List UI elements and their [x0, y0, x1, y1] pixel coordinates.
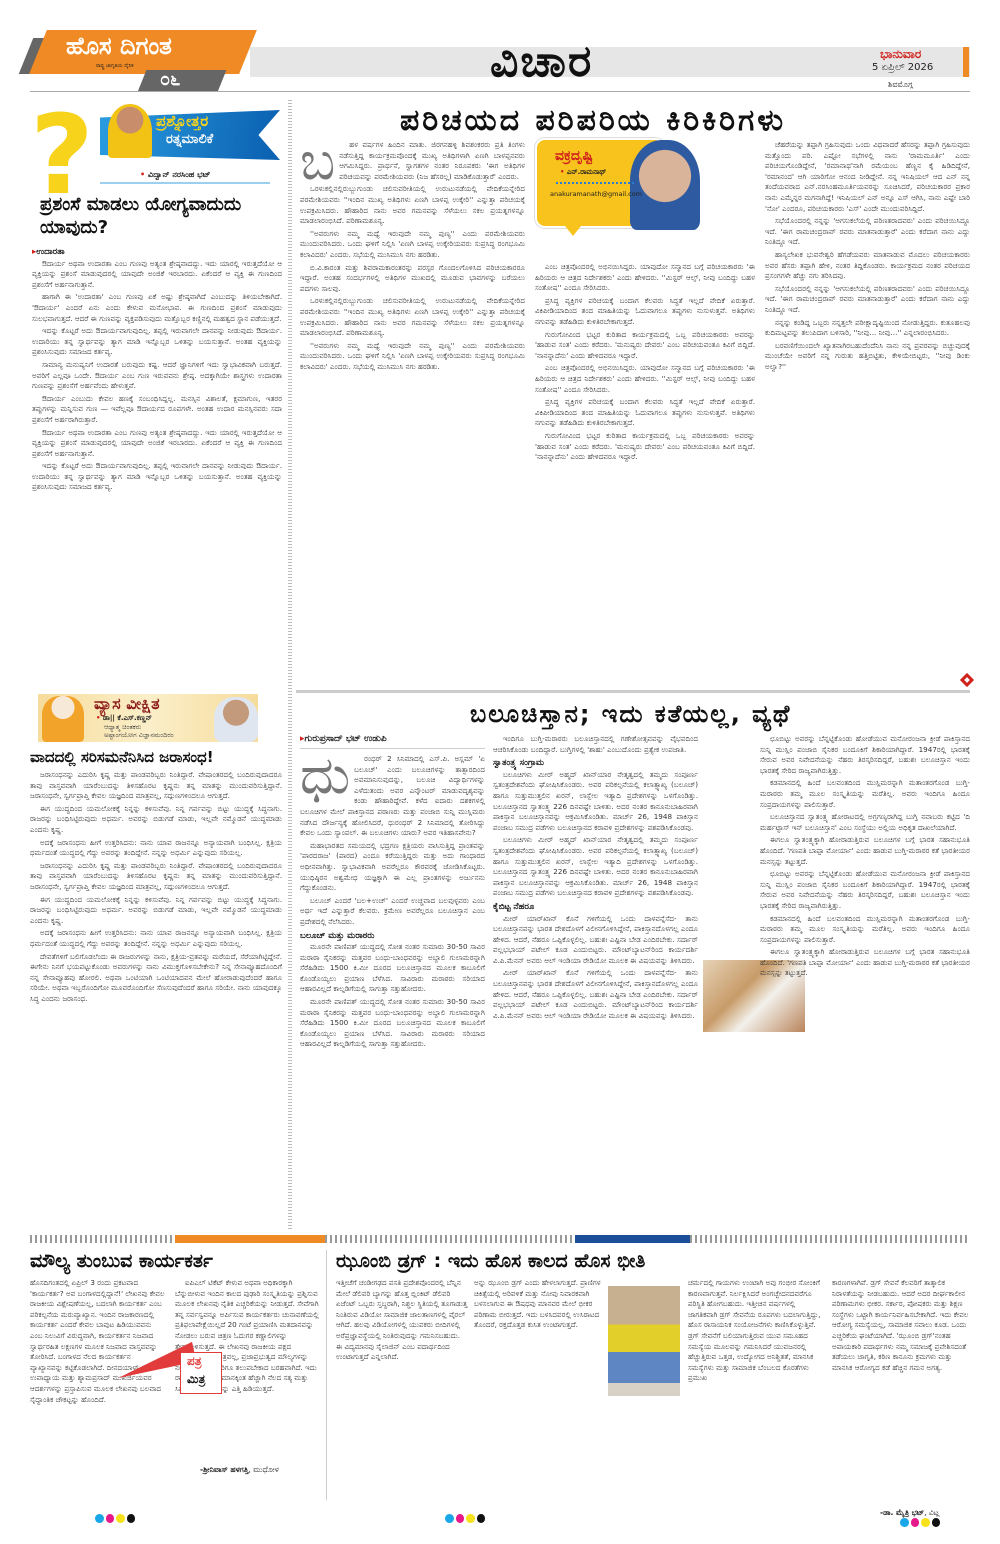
paragraph: ಇಂದಿಗೂ ಬುಗ್ತಿ-ಮರಾಠರು ಬಲೂಚಿಸ್ತಾನದಲ್ಲಿ ಗಣೇ…: [493, 734, 698, 755]
vyasa-author-role: ಆಧ್ಯಾತ್ಮ ಚಿಂತಕರುಅಷ್ಟಾಂಗಯೋಗ ವಿಜ್ಞಾನಮಂದಿರಂ: [104, 723, 174, 739]
column-divider: [288, 100, 292, 1230]
paragraph: ಈಗ ಯುದ್ಧದಿಂದ ಯಮಲೋಕಕ್ಕೆ ನಿನ್ನನ್ನು ಕಳಿಸುವೆ…: [30, 895, 282, 927]
letter2-col-4: ಕಾರಣಗಳಾಗಿವೆ. ಡ್ರಗ್ ಸೇವನೆ ಕೆಲವರಿಗೆ ತಾತ್ಕಾ…: [832, 1278, 972, 1478]
qa-byline: • ವಿದ್ವಾನ್ ನರಸಿಂಹ ಭಟ್: [140, 170, 210, 180]
subheading: ಸ್ವಾತಂತ್ರ್ಯ ಸಂಗ್ರಾಮ: [493, 758, 698, 769]
yellow-dot-icon: [466, 1514, 475, 1523]
vyasa-body: ಜರಾಸಂಧನನ್ನು ಎದುರಿಸಿ ಕೃಷ್ಣ ಮತ್ತು ಪಾಂಡವರಿಬ…: [30, 770, 282, 1228]
paragraph: ಎಂಬ ಚಿತ್ರವೊಂದರಲ್ಲಿ ಅಭಿನಯಿಸಿದ್ದರು. ಯಾವುದೋ…: [535, 363, 755, 395]
drop-cap: ಧು: [300, 754, 350, 798]
masthead-accent: [963, 47, 969, 77]
black-dot-icon: [477, 1514, 486, 1523]
paragraph: ಪ್ರಸಿದ್ಧ ವ್ಯಕ್ತಿಗಳ ಪರಿಚಯಕ್ಕೆ ಬಂದಾಗ ಕೆಲವರ…: [535, 296, 755, 328]
paragraph: ಎಂಬ ಚಿತ್ರವೊಂದರಲ್ಲಿ ಅಭಿನಯಿಸಿದ್ದರು. ಯಾವುದೋ…: [535, 262, 755, 294]
paragraph: ಕಡಮಾನದಲ್ಲಿ ಹಿಂದೆ ಬಲವಂತದಿಂದ ಮುಸ್ಲಿಮರನ್ನಾಗ…: [760, 914, 970, 946]
letter-signature: -ಶ್ರೀನಿವಾಸ್ ಹಳಗತ್ತಿ, ಮುಧೋಳ: [200, 1465, 279, 1475]
newspaper-logo[interactable]: ಹೊಸ ದಿಗಂತ: [66, 32, 172, 60]
balochistan-col-3: ಛೂಬಿಟ್ಟು ಅವರನ್ನು ಬೆನ್ನಟ್ಟಿಕೊಂಡು ಹೋಡೆಯುವ …: [760, 734, 970, 1230]
columnist-photo: [630, 140, 700, 230]
paragraph: ಮಹಾಭಾರತದ ಸಮಯದಲ್ಲಿ ಭದ್ರಗಣ ಕ್ಷತ್ರಿಯರು ವಾಸಿ…: [300, 841, 485, 894]
paragraph: ಹಾಗಾಗಿ ಈ 'ಉದಾರತಾ' ಎಂಬ ಗುಣವು ಏಕೆ ಅಷ್ಟು ಶ್…: [32, 292, 282, 324]
paragraph: ದೇವತೆಗಳಿಗೆ ಬಲಿಗೊಡಲೆಂದು ಈ ರಾಜರುಗಳನ್ನು ನಾನ…: [30, 952, 282, 1005]
paragraph: ಬಿ.ವಿ.ಕಾರಂತ ಮತ್ತು ಶಿವರಾಮಕಾರಂತರನ್ನು ಪರಸ್ಪ…: [300, 263, 525, 295]
strip-accent-blue: [575, 1235, 690, 1243]
paragraph: ಛೂಬಿಟ್ಟು ಅವರನ್ನು ಬೆನ್ನಟ್ಟಿಕೊಂಡು ಹೋಡೆಯುವ …: [760, 734, 970, 776]
main-byline: • ಎನ್.ರಾಮನಾಥ್: [560, 168, 606, 177]
paragraph: ಈಗ ಯುದ್ಧದಿಂದ ಯಮಲೋಕಕ್ಕೆ ನಿನ್ನನ್ನು ಕಳಿಸುವೆ…: [30, 804, 282, 836]
paragraph: ಜರಾಸಂಧನನ್ನು ಎದುರಿಸಿ ಕೃಷ್ಣ ಮತ್ತು ಪಾಂಡವರಿಬ…: [30, 861, 282, 893]
badge-text-1: ಪತ್ರ: [187, 1354, 202, 1369]
paragraph: ಹೊಸದಿಗಂತದಲ್ಲಿ ಏಪ್ರಿಲ್ 3 ರಂದು ಪ್ರಕಟವಾದ 'ಕ…: [30, 1278, 165, 1405]
paragraph: ಅದಕ್ಕೆ ಜರಾಸಂಧನು ಹೀಗೆ ಉತ್ತರಿಸಿದನು: ನಾನು ಯ…: [30, 928, 282, 949]
paragraph: ಈಗಲೂ ಸ್ವಾತಂತ್ರ್ಯಕ್ಕಾಗಿ ಹೋರಾಡುತ್ತಿರುವ ಬಲೂ…: [760, 947, 970, 979]
letter-signature: -ಡಾ. ಮೈತ್ರಿ ಭಟ್, ವಿಟ್ಲ: [880, 1508, 939, 1518]
black-dot-icon: [127, 1514, 136, 1523]
letter2-col-2: ಅನ್ನು ಝೂಂಬಿ ಡ್ರಗ್ ಎಂದು ಹೇಳಲಾಗುತ್ತದೆ. ಪ್ರ…: [474, 1278, 602, 1488]
magenta-dot-icon: [456, 1514, 465, 1523]
cyan-dot-icon: [900, 1518, 909, 1527]
author-email-link[interactable]: anakuramanath@gmail.com: [550, 190, 642, 198]
paragraph: ಸಾಮಾನ್ಯ ಮನುಷ್ಯನಿಗೆ ಉದಾರತೆ ಬರುವುದು ಕಷ್ಟ. …: [32, 360, 282, 392]
issue-date: 5 ಏಪ್ರಿಲ್ 2026: [872, 62, 933, 73]
paragraph: ಮೂರನೇ ಪಾಣಿಪತ್ ಯುದ್ಧದಲ್ಲಿ ಸೋತ ನಂತರ ಸುಮಾರು…: [300, 942, 485, 995]
balochistan-col-1: ಧು ರಂಧರ್ 2 ಸಿನಿಮಾದಲ್ಲಿ ಎಸ್.ಪಿ. ಅಸ್ಲಮ್ 'ಏ…: [300, 754, 485, 1230]
paragraph: ''ಅವರುಗಳು ನಮ್ಮ ಮಧ್ಯೆ ಇರುವುದೇ ನಮ್ಮ ಪುಣ್ಯ'…: [300, 229, 525, 261]
yellow-dot-icon: [116, 1514, 125, 1523]
drop-cap: ಬ: [300, 140, 335, 184]
badge-text-2: ಮಿತ್ರ: [187, 1372, 205, 1387]
columnist-photo: [214, 697, 258, 742]
balochistan-col-2: ಇಂದಿಗೂ ಬುಗ್ತಿ-ಮರಾಠರು ಬಲೂಚಿಸ್ತಾನದಲ್ಲಿ ಗಣೇ…: [493, 734, 698, 1230]
letter2-col-3: ಚರ್ಮದಲ್ಲಿ ಗಾಯಗಳು ಉಂಟಾಗಿ ಅವು ಗಂಭೀರ ಸೋಂಕಿಗ…: [688, 1278, 826, 1488]
paragraph: ಮೀರ್ ಯಾರ್‌ಖಾನ್ ಕೊನೆ ಗಳಿಗೆಯಲ್ಲಿ ಒಂದು ದಾಳವ…: [493, 968, 698, 1021]
issue-day: ಭಾನುವಾರ: [880, 47, 921, 62]
qa-banner-title: ಪ್ರಶ್ನೋತ್ತರ: [156, 112, 208, 130]
letter-headline[interactable]: ಮೌಲ್ಯ ತುಂಬುವ ಕಾರ್ಯಕರ್ತ: [30, 1250, 213, 1272]
paragraph: ಔದಾರ್ಯ ಅಥವಾ ಉದಾರತಾ ಎಂಬ ಗುಣವು ಅತ್ಯಂತ ಶ್ರೇ…: [32, 259, 282, 291]
magenta-dot-icon: [106, 1514, 115, 1523]
vyasa-headline[interactable]: ವಾದದಲ್ಲಿ ಸರಿಸಮನೆನಿಸಿದ ಜರಾಸಂಧ!: [30, 748, 214, 766]
edition-city: ಶಿವಮೊಗ್ಗ: [888, 80, 913, 90]
letter-col-1: ಹೊಸದಿಗಂತದಲ್ಲಿ ಏಪ್ರಿಲ್ 3 ರಂದು ಪ್ರಕಟವಾದ 'ಕ…: [30, 1278, 165, 1488]
paragraph: ಹಾಸ್ಯಲೇಖಕ ಭುವನೇಶ್ವರಿ ಹೆಗಡೆಯವರು ಮಾತನಾಡುವ …: [765, 250, 970, 282]
registration-marks: [900, 1518, 940, 1528]
paragraph: ಛೂಬಿಟ್ಟು ಅವರನ್ನು ಬೆನ್ನಟ್ಟಿಕೊಂಡು ಹೋಡೆಯುವ …: [760, 869, 970, 911]
yellow-dot-icon: [921, 1518, 930, 1527]
column-divider: [326, 1250, 327, 1500]
paragraph: ''ಅವರುಗಳು ನಮ್ಮ ಮಧ್ಯೆ ಇರುವುದೇ ನಮ್ಮ ಪುಣ್ಯ'…: [300, 341, 525, 373]
paragraph: ಬಲೂಚಿಗಳು ಮೀರ್ ಅಹ್ಮದ್ ಖಾನ್‌ಯಾರ ನೇತೃತ್ವದಲ್…: [493, 835, 698, 899]
article-end-icon: [960, 673, 974, 687]
masthead-band: [250, 47, 970, 77]
section-strip: [30, 1235, 970, 1243]
paragraph: ಕಾರಣಗಳಾಗಿವೆ. ಡ್ರಗ್ ಸೇವನೆ ಕೆಲವರಿಗೆ ತಾತ್ಕಾ…: [832, 1278, 972, 1373]
masthead-rule: [30, 91, 970, 92]
strip-accent-orange: [175, 1235, 325, 1243]
main-col-3: ಚೆಹರೆಯನ್ನು ತಪ್ಪಾಗಿ ಗ್ರಹಿಸುವುದು ಒಂದು ವಿಧವ…: [765, 140, 970, 675]
paragraph: ಒರಳುಕಲ್ಲಿನಲ್ಲಿರುಬ್ಬುಗುಂಡು ಚಲಿಸುವರೀತಿಯಲ್ಲ…: [300, 184, 525, 226]
page-number-block: [138, 70, 227, 92]
paragraph: ಔದಾರ್ಯ ಅಥವಾ ಉದಾರತಾ ಎಂಬ ಗುಣವು ಅತ್ಯಂತ ಶ್ರೇ…: [32, 428, 282, 460]
callout-divider: [556, 182, 636, 184]
paragraph: ಒರಳುಕಲ್ಲಿನಲ್ಲಿರುಬ್ಬುಗುಂಡು ಚಲಿಸುವರೀತಿಯಲ್ಲ…: [300, 296, 525, 338]
paragraph: ಪ್ರಸಿದ್ಧ ವ್ಯಕ್ತಿಗಳ ಪರಿಚಯಕ್ಕೆ ಬಂದಾಗ ಕೆಲವರ…: [535, 397, 755, 429]
paragraph: ಬಲೂಚಿಗಳು ಮೀರ್ ಅಹ್ಮದ್ ಖಾನ್‌ಯಾರ ನೇತೃತ್ವದಲ್…: [493, 770, 698, 834]
paragraph: ಗುರುಗೋವಿಂದ ಭಟ್ಟರ ಕುರಿತಾದ ಕಾರ್ಯಕ್ರಮದಲ್ಲಿ …: [535, 330, 755, 362]
paragraph: ಔದಾರ್ಯ ಎಂಬುದು ಕೇವಲ ಹಣಕ್ಕೆ ಸಂಬಂಧಿಸಿದ್ದಲ್ಲ…: [32, 394, 282, 426]
paragraph: ಮೂರನೇ ಪಾಣಿಪತ್ ಯುದ್ಧದಲ್ಲಿ ಸೋತ ನಂತರ ಸುಮಾರು…: [300, 997, 485, 1050]
letter-headline[interactable]: ಝೂಂಬಿ ಡ್ರಗ್ : ಇದು ಹೊಸ ಕಾಲದ ಹೊಸ ಭೀತಿ: [336, 1250, 645, 1272]
paragraph: ಚರ್ಮದಲ್ಲಿ ಗಾಯಗಳು ಉಂಟಾಗಿ ಅವು ಗಂಭೀರ ಸೋಂಕಿಗ…: [688, 1278, 826, 1384]
vyasa-byline: • ಡಾ|| ಕೆ.ಎಸ್.ಕಣ್ಣನ್: [96, 714, 152, 723]
paragraph: ಇದನ್ನು ಕೊಟ್ಟರೆ ಅದು ಔದಾರ್ಯವಾಗುವುದಿಲ್ಲ. ತಪ…: [32, 461, 282, 493]
qa-author: ವಿದ್ವಾನ್ ನರಸಿಂಹ ಭಟ್: [148, 170, 211, 179]
sage-illustration: [42, 696, 84, 742]
paragraph: ಈಗಲೂ ಸ್ವಾತಂತ್ರ್ಯಕ್ಕಾಗಿ ಹೋರಾಡುತ್ತಿರುವ ಬಲೂ…: [760, 835, 970, 867]
subheading: ಬಲೂಚ್ ಮತ್ತು ಮರಾಠರು: [300, 931, 485, 942]
section-title: ವಿಚಾರ: [490, 36, 593, 87]
byline-rule: [300, 748, 485, 749]
paragraph: ಸಭೆಯೊಂದರಲ್ಲಿ ನನ್ನನ್ನು 'ಆಗಸುಕಲೆಯಲ್ಲಿ ಪರಿಣ…: [765, 216, 970, 248]
qa-banner-subtitle: ರತ್ನಮಾಲಿಕೆ: [166, 132, 213, 147]
column-name: ವಕ್ರದೃಷ್ಟಿ: [555, 148, 593, 164]
paragraph: ಜರಾಸಂಧನನ್ನು ಎದುರಿಸಿ ಕೃಷ್ಣ ಮತ್ತು ಪಾಂಡವರಿಬ…: [30, 770, 282, 802]
callout-tail: [565, 226, 581, 236]
main-col-2: ಎಂಬ ಚಿತ್ರವೊಂದರಲ್ಲಿ ಅಭಿನಯಿಸಿದ್ದರು. ಯಾವುದೋ…: [535, 262, 755, 685]
delivery-agent-photo: [608, 1286, 680, 1396]
balochistan-byline: ▸ಗುರುಪ್ರಸಾದ್ ಭಟ್ ಉಡುಪಿ: [300, 734, 387, 744]
paragraph: ನನ್ನನ್ನು ಕಂಡಿದ್ದ ಒಬ್ಬರು ನನ್ನತ್ತಲೇ ಪರೀಕ್ಷ…: [765, 318, 970, 339]
qa-kicker: ▸ಉದಾರತಾ: [32, 247, 282, 258]
balochistan-headline[interactable]: ಬಲೂಚಿಸ್ತಾನ; ಇದು ಕತೆಯಲ್ಲ, ವ್ಯಥೆ: [470, 700, 791, 728]
subheading: ಕೈಬಿಟ್ಟ ನೆಹರೂ: [493, 902, 698, 913]
vyasa-banner-title: ವ್ಯಾಸ ವೀಕ್ಷಿತ: [94, 694, 160, 714]
main-col-1: ಬ ಹಳ ವರ್ಷಗಳ ಹಿಂದಿನ ಮಾತು. ಜಿರಗನಹಳ್ಳಿ ಶಿವಶ…: [300, 140, 525, 685]
paragraph: ಚೆಹರೆಯನ್ನು ತಪ್ಪಾಗಿ ಗ್ರಹಿಸುವುದು ಒಂದು ವಿಧವ…: [765, 140, 970, 214]
paragraph: ಬಲೂಚಿಸ್ತಾನದ ಸ್ವಾತಂತ್ರ್ಯ ಹೋರಾಟದಲ್ಲಿ ಅಗ್ರಗ…: [760, 812, 970, 833]
paragraph: ಕಡಮಾನದಲ್ಲಿ ಹಿಂದೆ ಬಲವಂತದಿಂದ ಮುಸ್ಲಿಮರನ್ನಾಗ…: [760, 778, 970, 810]
paragraph: ಇದನ್ನು ಕೊಟ್ಟರೆ ಅದು ಔದಾರ್ಯವಾಗುವುದಿಲ್ಲ. ತಪ…: [32, 326, 282, 358]
paragraph: ಇತ್ತೀಚೆಗೆ ಚಂಡೀಗಢದ ವಸತಿ ಪ್ರದೇಶವೊಂದರಲ್ಲಿ ಬ…: [336, 1278, 468, 1363]
cyan-dot-icon: [445, 1514, 454, 1523]
letter2-col-1: ಇತ್ತೀಚೆಗೆ ಚಂಡೀಗಢದ ವಸತಿ ಪ್ರದೇಶವೊಂದರಲ್ಲಿ ಬ…: [336, 1278, 468, 1488]
page-number: ೦೬: [160, 69, 180, 90]
registration-marks: [95, 1514, 135, 1524]
registration-marks: [445, 1514, 485, 1524]
black-dot-icon: [932, 1518, 941, 1527]
qa-rule: [100, 182, 270, 184]
qa-body: ▸ಉದಾರತಾ ಔದಾರ್ಯ ಅಥವಾ ಉದಾರತಾ ಎಂಬ ಗುಣವು ಅತ್…: [32, 244, 282, 684]
paragraph: ಬಲೂಚ್ ಎಂದರೆ 'ಬಲ+ಉಚ್' ಎಂದರೆ ಉಚ್ಚವಾದ ಬಲವುಳ…: [300, 896, 485, 928]
article-separator: [296, 690, 970, 693]
columnist-photo: [108, 104, 152, 158]
paragraph: ಬರವಣಿಗೆಯಿಂದಲೇ ಖ್ಯಾತನಾಗಿರಬಹುದೆಂದೆನಿಸಿ ನಾನ…: [765, 341, 970, 373]
logo-tagline: ರಾಷ್ಟ್ರ ಜಾಗೃತಿಯ ದೈನಿಕ: [96, 63, 134, 69]
qa-headline[interactable]: ಪ್ರಶಂಸೆ ಮಾಡಲು ಯೋಗ್ಯವಾದುದು ಯಾವುದು?: [40, 193, 290, 239]
paragraph: ಸಭೆಯೊಂದರಲ್ಲಿ ನನ್ನನ್ನು 'ಆಗಸುಕಲೆಯಲ್ಲಿ ಪರಿಣ…: [765, 284, 970, 316]
cyan-dot-icon: [95, 1514, 104, 1523]
paragraph: ಗುರುಗೋವಿಂದ ಭಟ್ಟರ ಕುರಿತಾದ ಕಾರ್ಯಕ್ರಮದಲ್ಲಿ …: [535, 431, 755, 463]
paragraph: ಅದಕ್ಕೆ ಜರಾಸಂಧನು ಹೀಗೆ ಉತ್ತರಿಸಿದನು: ನಾನು ಯ…: [30, 838, 282, 859]
paragraph: ಅನ್ನು ಝೂಂಬಿ ಡ್ರಗ್ ಎಂದು ಹೇಳಲಾಗುತ್ತದೆ. ಪ್ರ…: [474, 1278, 602, 1331]
paragraph: ಮೀರ್ ಯಾರ್‌ಖಾನ್ ಕೊನೆ ಗಳಿಗೆಯಲ್ಲಿ ಒಂದು ದಾಳವ…: [493, 914, 698, 967]
magenta-dot-icon: [911, 1518, 920, 1527]
main-headline[interactable]: ಪರಿಚಯದ ಪರಿಪರಿಯ ಕಿರಿಕಿರಿಗಳು: [400, 103, 786, 138]
